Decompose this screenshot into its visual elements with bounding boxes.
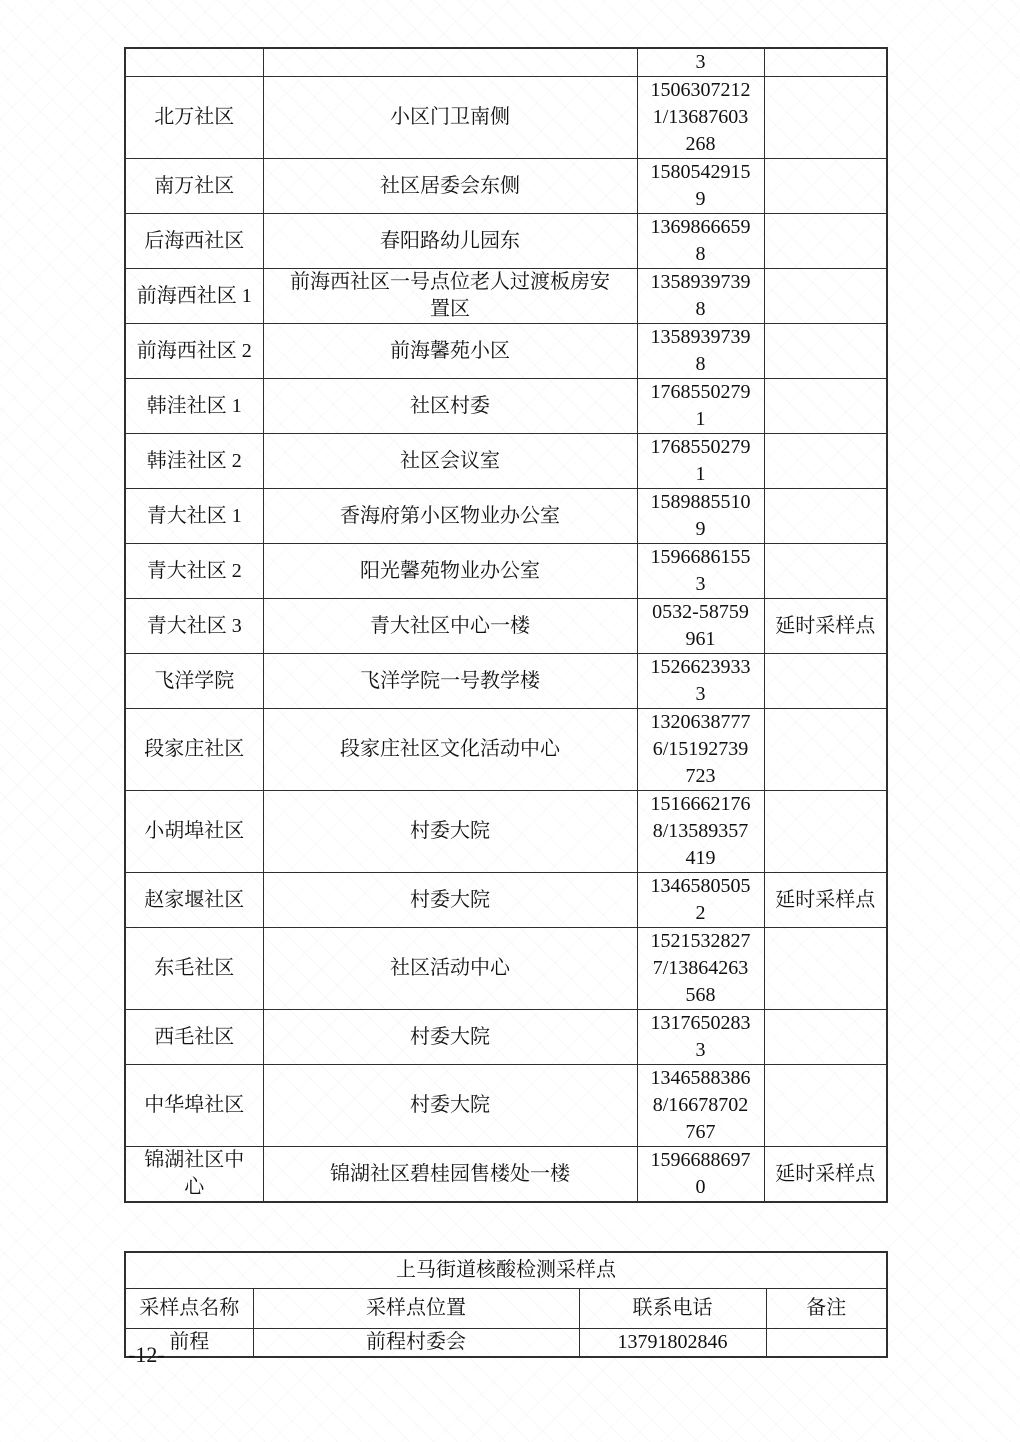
cell-contact-phone: 13465883868/16678702767 bbox=[637, 1065, 764, 1147]
cell-remarks: 延时采样点 bbox=[764, 1147, 887, 1203]
table-title: 上马街道核酸检测采样点 bbox=[125, 1252, 887, 1289]
cell-site-name bbox=[125, 48, 263, 77]
table-row: 飞洋学院飞洋学院一号教学楼15266239333 bbox=[125, 654, 887, 709]
cell-site-name: 赵家堰社区 bbox=[125, 873, 263, 928]
cell-site-name: 青大社区 3 bbox=[125, 599, 263, 654]
table-row: 锦湖社区中心锦湖社区碧桂园售楼处一楼15966886970延时采样点 bbox=[125, 1147, 887, 1203]
cell-site-location: 前程村委会 bbox=[253, 1329, 579, 1358]
table-row: 小胡埠社区村委大院15166621768/13589357419 bbox=[125, 791, 887, 873]
table-row: 3 bbox=[125, 48, 887, 77]
table-row: 前海西社区 1前海西社区一号点位老人过渡板房安置区13589397398 bbox=[125, 269, 887, 324]
cell-remarks: 延时采样点 bbox=[764, 599, 887, 654]
table-row: 青大社区 3青大社区中心一楼0532-58759961延时采样点 bbox=[125, 599, 887, 654]
table-row: 前海西社区 2前海馨苑小区13589397398 bbox=[125, 324, 887, 379]
table-row: 段家庄社区段家庄社区文化活动中心13206387776/15192739723 bbox=[125, 709, 887, 791]
cell-contact-phone: 17685502791 bbox=[637, 434, 764, 489]
shangma-sampling-table-body: 上马街道核酸检测采样点 采样点名称 采样点位置 联系电话 备注 前程前程村委会1… bbox=[125, 1252, 887, 1357]
cell-site-location: 村委大院 bbox=[263, 791, 637, 873]
cell-remarks bbox=[764, 269, 887, 324]
cell-remarks bbox=[766, 1329, 887, 1358]
cell-site-location: 香海府第小区物业办公室 bbox=[263, 489, 637, 544]
cell-site-name: 后海西社区 bbox=[125, 214, 263, 269]
table-row: 韩洼社区 1社区村委17685502791 bbox=[125, 379, 887, 434]
cell-remarks bbox=[764, 791, 887, 873]
cell-site-location: 春阳路幼儿园东 bbox=[263, 214, 637, 269]
header-site-location: 采样点位置 bbox=[253, 1289, 579, 1329]
cell-contact-phone: 15898855109 bbox=[637, 489, 764, 544]
cell-site-location: 前海馨苑小区 bbox=[263, 324, 637, 379]
cell-site-name: 韩洼社区 2 bbox=[125, 434, 263, 489]
cell-remarks bbox=[764, 434, 887, 489]
cell-remarks bbox=[764, 1065, 887, 1147]
cell-site-location bbox=[263, 48, 637, 77]
table-row: 前程前程村委会13791802846 bbox=[125, 1329, 887, 1358]
table-row: 赵家堰社区村委大院13465805052延时采样点 bbox=[125, 873, 887, 928]
cell-remarks bbox=[764, 1010, 887, 1065]
cell-site-location: 村委大院 bbox=[263, 1010, 637, 1065]
page-number: -12- bbox=[128, 1341, 165, 1368]
cell-site-name: 青大社区 1 bbox=[125, 489, 263, 544]
table-title-row: 上马街道核酸检测采样点 bbox=[125, 1252, 887, 1289]
page-content: 3北万社区小区门卫南侧15063072121/13687603268南万社区社区… bbox=[124, 47, 886, 1358]
district-sampling-table-body: 3北万社区小区门卫南侧15063072121/13687603268南万社区社区… bbox=[125, 48, 887, 1202]
table-row: 西毛社区村委大院13176502833 bbox=[125, 1010, 887, 1065]
cell-site-location: 段家庄社区文化活动中心 bbox=[263, 709, 637, 791]
table-row: 韩洼社区 2社区会议室17685502791 bbox=[125, 434, 887, 489]
cell-contact-phone: 3 bbox=[637, 48, 764, 77]
cell-site-name: 飞洋学院 bbox=[125, 654, 263, 709]
cell-site-name: 西毛社区 bbox=[125, 1010, 263, 1065]
cell-remarks bbox=[764, 709, 887, 791]
cell-contact-phone: 13589397398 bbox=[637, 269, 764, 324]
cell-remarks: 延时采样点 bbox=[764, 873, 887, 928]
cell-site-location: 前海西社区一号点位老人过渡板房安置区 bbox=[263, 269, 637, 324]
cell-site-name: 南万社区 bbox=[125, 159, 263, 214]
cell-contact-phone: 15063072121/13687603268 bbox=[637, 77, 764, 159]
district-sampling-table: 3北万社区小区门卫南侧15063072121/13687603268南万社区社区… bbox=[124, 47, 888, 1203]
table-row: 后海西社区春阳路幼儿园东13698666598 bbox=[125, 214, 887, 269]
table-header-row: 采样点名称 采样点位置 联系电话 备注 bbox=[125, 1289, 887, 1329]
cell-site-location: 社区居委会东侧 bbox=[263, 159, 637, 214]
cell-site-name: 北万社区 bbox=[125, 77, 263, 159]
cell-site-location: 小区门卫南侧 bbox=[263, 77, 637, 159]
cell-contact-phone: 13206387776/15192739723 bbox=[637, 709, 764, 791]
cell-site-name: 韩洼社区 1 bbox=[125, 379, 263, 434]
table-row: 青大社区 2阳光馨苑物业办公室15966861553 bbox=[125, 544, 887, 599]
cell-site-location: 社区村委 bbox=[263, 379, 637, 434]
cell-site-name: 段家庄社区 bbox=[125, 709, 263, 791]
cell-remarks bbox=[764, 214, 887, 269]
cell-remarks bbox=[764, 489, 887, 544]
cell-site-name: 小胡埠社区 bbox=[125, 791, 263, 873]
table-row: 南万社区社区居委会东侧15805429159 bbox=[125, 159, 887, 214]
cell-remarks bbox=[764, 324, 887, 379]
cell-site-name: 东毛社区 bbox=[125, 928, 263, 1010]
cell-site-location: 飞洋学院一号教学楼 bbox=[263, 654, 637, 709]
cell-contact-phone: 13465805052 bbox=[637, 873, 764, 928]
header-site-name: 采样点名称 bbox=[125, 1289, 253, 1329]
cell-contact-phone: 15805429159 bbox=[637, 159, 764, 214]
cell-remarks bbox=[764, 654, 887, 709]
cell-remarks bbox=[764, 379, 887, 434]
cell-site-location: 阳光馨苑物业办公室 bbox=[263, 544, 637, 599]
cell-site-name: 前海西社区 2 bbox=[125, 324, 263, 379]
cell-contact-phone: 13698666598 bbox=[637, 214, 764, 269]
table-row: 青大社区 1香海府第小区物业办公室15898855109 bbox=[125, 489, 887, 544]
cell-site-location: 青大社区中心一楼 bbox=[263, 599, 637, 654]
cell-remarks bbox=[764, 48, 887, 77]
cell-site-location: 社区活动中心 bbox=[263, 928, 637, 1010]
table-row: 东毛社区社区活动中心15215328277/13864263568 bbox=[125, 928, 887, 1010]
cell-contact-phone: 13176502833 bbox=[637, 1010, 764, 1065]
cell-contact-phone: 15266239333 bbox=[637, 654, 764, 709]
table-row: 北万社区小区门卫南侧15063072121/13687603268 bbox=[125, 77, 887, 159]
cell-site-name: 前海西社区 1 bbox=[125, 269, 263, 324]
cell-contact-phone: 15166621768/13589357419 bbox=[637, 791, 764, 873]
cell-site-name: 中华埠社区 bbox=[125, 1065, 263, 1147]
cell-contact-phone: 15966861553 bbox=[637, 544, 764, 599]
cell-contact-phone: 15215328277/13864263568 bbox=[637, 928, 764, 1010]
cell-site-location: 村委大院 bbox=[263, 1065, 637, 1147]
cell-remarks bbox=[764, 159, 887, 214]
cell-remarks bbox=[764, 544, 887, 599]
cell-contact-phone: 15966886970 bbox=[637, 1147, 764, 1203]
cell-remarks bbox=[764, 928, 887, 1010]
header-remarks: 备注 bbox=[766, 1289, 887, 1329]
cell-site-location: 锦湖社区碧桂园售楼处一楼 bbox=[263, 1147, 637, 1203]
cell-contact-phone: 0532-58759961 bbox=[637, 599, 764, 654]
cell-contact-phone: 17685502791 bbox=[637, 379, 764, 434]
cell-contact-phone: 13589397398 bbox=[637, 324, 764, 379]
document-page: { "page": { "number_label": "-12-" }, "c… bbox=[0, 0, 1020, 1442]
cell-contact-phone: 13791802846 bbox=[579, 1329, 766, 1358]
cell-site-name: 青大社区 2 bbox=[125, 544, 263, 599]
table-row: 中华埠社区村委大院13465883868/16678702767 bbox=[125, 1065, 887, 1147]
cell-site-location: 社区会议室 bbox=[263, 434, 637, 489]
cell-remarks bbox=[764, 77, 887, 159]
cell-site-location: 村委大院 bbox=[263, 873, 637, 928]
cell-site-name: 锦湖社区中心 bbox=[125, 1147, 263, 1203]
shangma-sampling-table: 上马街道核酸检测采样点 采样点名称 采样点位置 联系电话 备注 前程前程村委会1… bbox=[124, 1251, 888, 1358]
header-contact-phone: 联系电话 bbox=[579, 1289, 766, 1329]
